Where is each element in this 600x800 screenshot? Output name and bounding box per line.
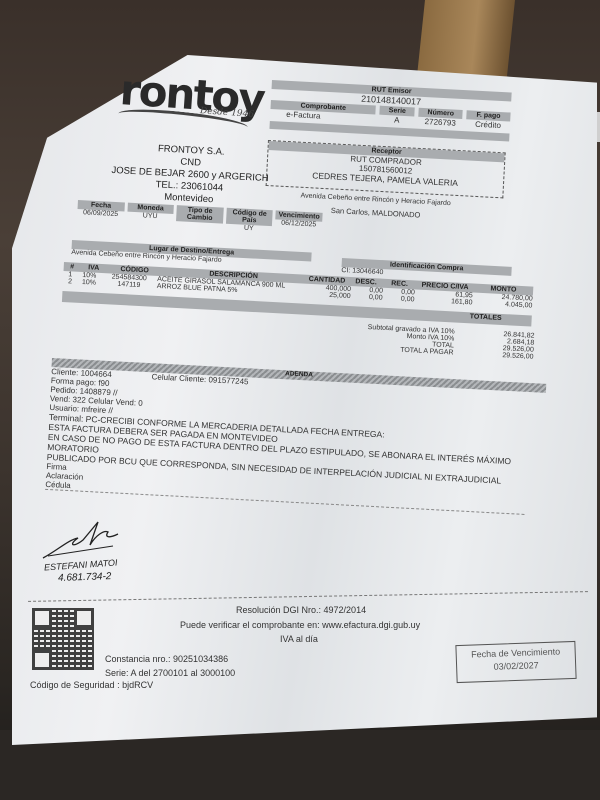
info-col: Vencimiento06/12/2025 (275, 210, 323, 235)
vencimiento-value: 03/02/2027 (457, 659, 575, 673)
adenda-block: ADENDA Cliente: 1004664 Celular Cliente:… (45, 358, 546, 516)
info-value: 06/09/2025 (77, 209, 124, 218)
footer-iva: IVA al día (280, 634, 318, 644)
info-header: Tipo de Cambio (176, 205, 223, 223)
footer-codigo-seguridad: Código de Seguridad : bjdRCV (30, 680, 153, 690)
signature-icon (38, 520, 128, 560)
qr-code-icon[interactable] (32, 608, 94, 670)
vencimiento-box: Fecha de Vencimiento 03/02/2027 (455, 641, 576, 683)
vencimiento-label: Fecha de Vencimiento (457, 646, 575, 660)
footer-constancia: Constancia nro.: 90251034386 (105, 654, 228, 664)
forma-pago-value: Crédito (466, 119, 510, 130)
table-cell: 10% (77, 279, 101, 287)
table-cell: 2 (63, 278, 77, 286)
footer-serie: Serie: A del 2700101 al 3000100 (105, 668, 235, 678)
table-cell: 0,00 (382, 295, 414, 304)
info-value: 06/12/2025 (275, 219, 322, 228)
footer-resolucion: Resolución DGI Nro.: 4972/2014 (236, 605, 366, 615)
signature-id: 4.681.734-2 (58, 571, 112, 584)
table-cell: 0,00 (350, 293, 382, 302)
table-cell: 25,000 (306, 291, 350, 300)
info-col: Código de PaísUY (225, 208, 273, 233)
serie-value: A (379, 115, 415, 126)
footer-verificar: Puede verificar el comprobante en: www.e… (180, 620, 420, 630)
info-col: Fecha06/09/2025 (77, 200, 125, 225)
numero-value: 2726793 (418, 117, 462, 128)
info-value: UYU (127, 212, 174, 221)
info-col: MonedaUYU (126, 203, 174, 228)
company-info: FRONTOY S.A. CND JOSE DE BEJAR 2600 y AR… (89, 140, 292, 210)
info-col: Tipo de Cambio (176, 205, 224, 230)
